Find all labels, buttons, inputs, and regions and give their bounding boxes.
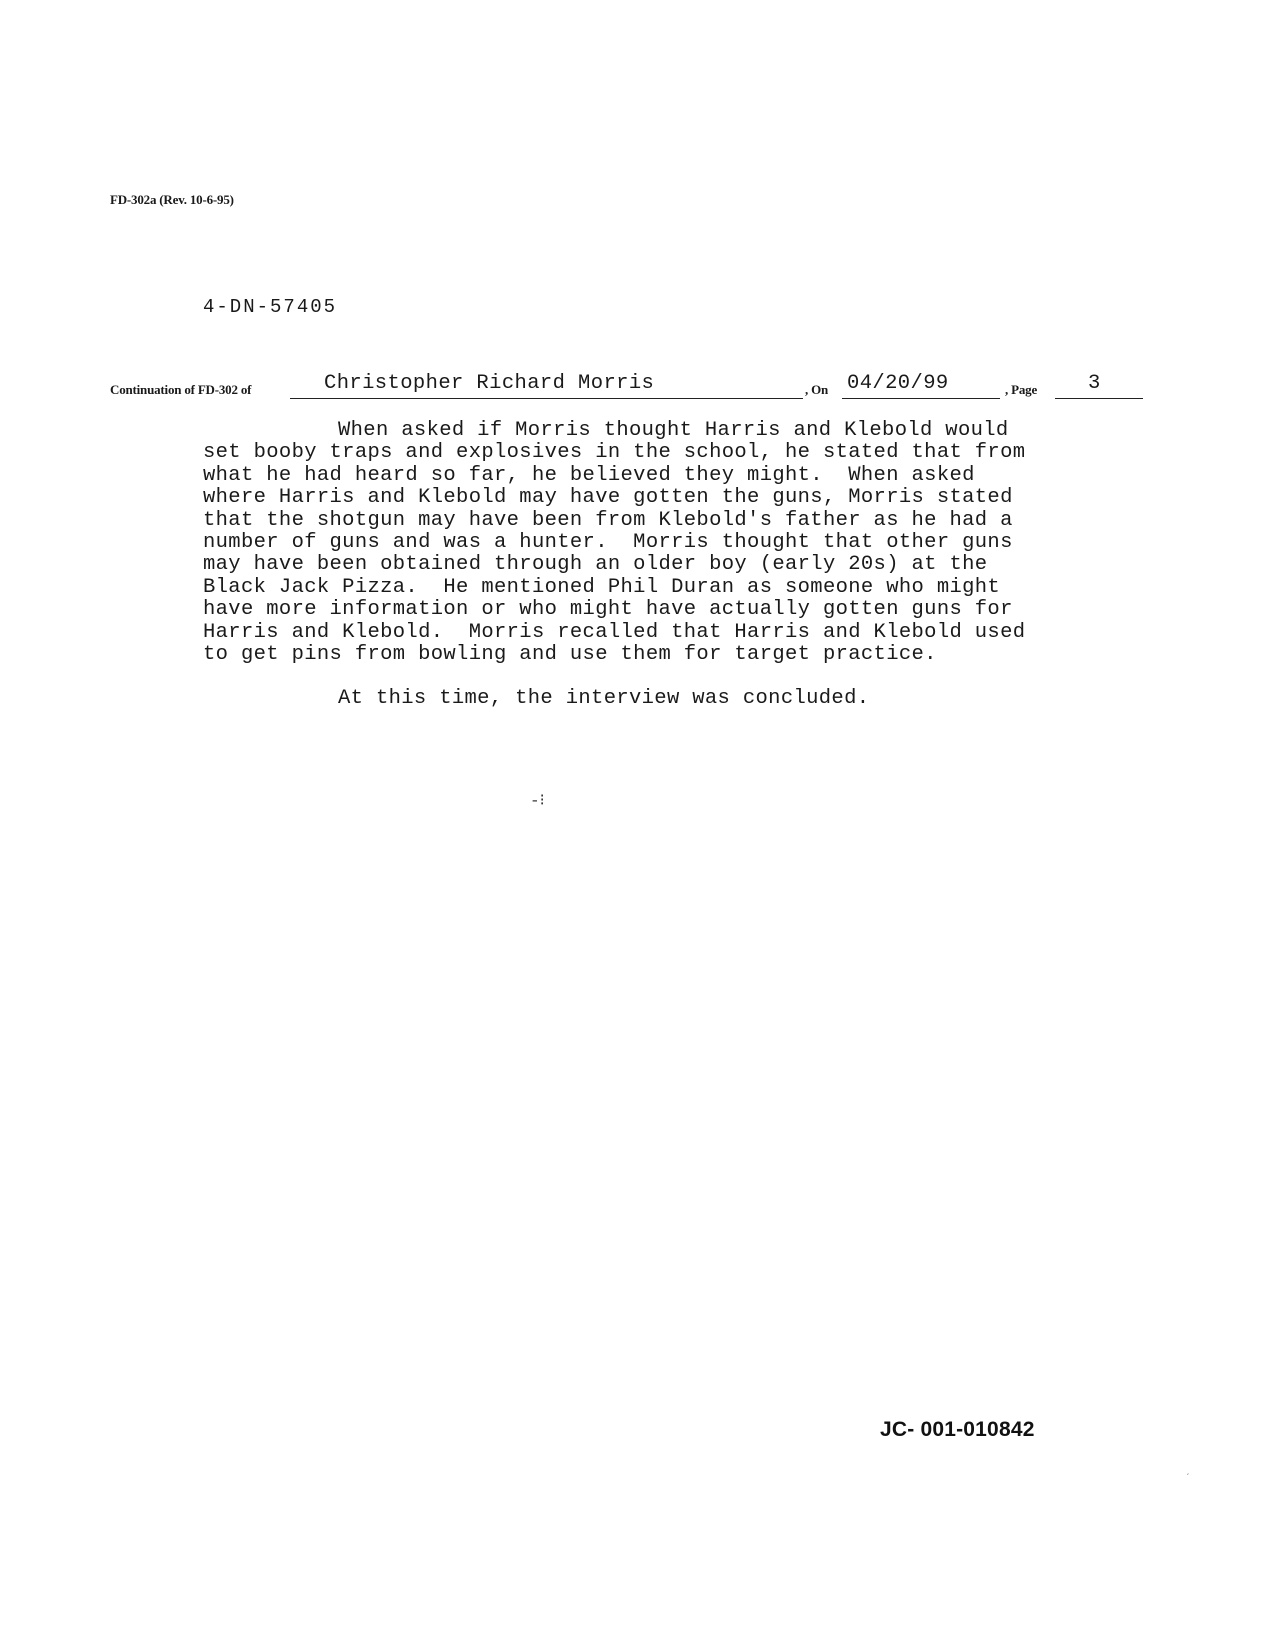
continuation-label: Continuation of FD-302 of bbox=[110, 382, 251, 398]
body-line: Harris and Klebold. Morris recalled that… bbox=[203, 622, 1103, 644]
body-line: set booby traps and explosives in the sc… bbox=[203, 442, 1103, 464]
interview-date: 04/20/99 bbox=[847, 372, 949, 395]
body-line: Black Jack Pizza. He mentioned Phil Dura… bbox=[203, 577, 1103, 599]
body-line: where Harris and Klebold may have gotten… bbox=[203, 487, 1103, 509]
body-line: that the shotgun may have been from Kleb… bbox=[203, 510, 1103, 532]
body-line: what he had heard so far, he believed th… bbox=[203, 465, 1103, 487]
subject-name: Christopher Richard Morris bbox=[324, 372, 654, 395]
form-id: FD-302a (Rev. 10-6-95) bbox=[110, 192, 234, 208]
body-line: When asked if Morris thought Harris and … bbox=[203, 420, 1103, 442]
conclusion-paragraph: At this time, the interview was conclude… bbox=[338, 688, 869, 710]
body-line: may have been obtained through an older … bbox=[203, 554, 1103, 576]
bates-stamp: JC- 001-010842 bbox=[880, 1418, 1035, 1442]
body-line: have more information or who might have … bbox=[203, 599, 1103, 621]
on-label: , On bbox=[805, 382, 828, 398]
page-label: , Page bbox=[1005, 382, 1037, 398]
interview-paragraph: When asked if Morris thought Harris and … bbox=[203, 420, 1103, 666]
scan-speck: ˏ bbox=[1186, 1465, 1189, 1476]
body-line: number of guns and was a hunter. Morris … bbox=[203, 532, 1103, 554]
file-number: 4-DN-57405 bbox=[203, 296, 337, 318]
scan-mark: -⁝ bbox=[530, 790, 545, 810]
page-number: 3 bbox=[1088, 372, 1101, 395]
body-line: to get pins from bowling and use them fo… bbox=[203, 644, 1103, 666]
